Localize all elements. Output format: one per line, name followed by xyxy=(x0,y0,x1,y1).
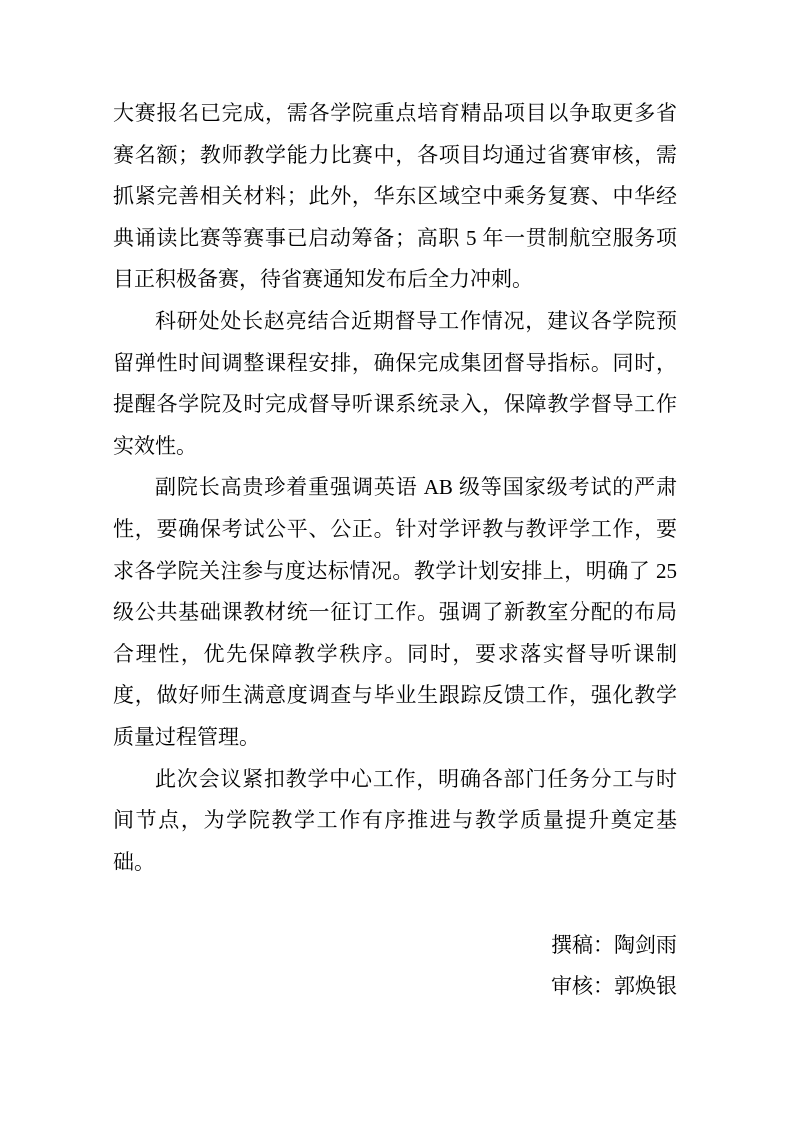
body-paragraph: 副院长高贵珍着重强调英语 AB 级等国家级考试的严肃性，要确保考试公平、公正。针… xyxy=(113,467,677,758)
signature-reviewer-line: 审核：郭焕银 xyxy=(113,966,677,1008)
body-paragraph-continued: 大赛报名已完成，需各学院重点培育精品项目以争取更多省赛名额；教师教学能力比赛中，… xyxy=(113,93,677,301)
signature-drafter-line: 撰稿：陶剑雨 xyxy=(113,925,677,967)
body-paragraph: 科研处处长赵亮结合近期督导工作情况，建议各学院预留弹性时间调整课程安排，确保完成… xyxy=(113,301,677,467)
body-paragraph: 此次会议紧扣教学中心工作，明确各部门任务分工与时间节点，为学院教学工作有序推进与… xyxy=(113,759,677,884)
document-page: 大赛报名已完成，需各学院重点培育精品项目以争取更多省赛名额；教师教学能力比赛中，… xyxy=(0,0,793,1122)
